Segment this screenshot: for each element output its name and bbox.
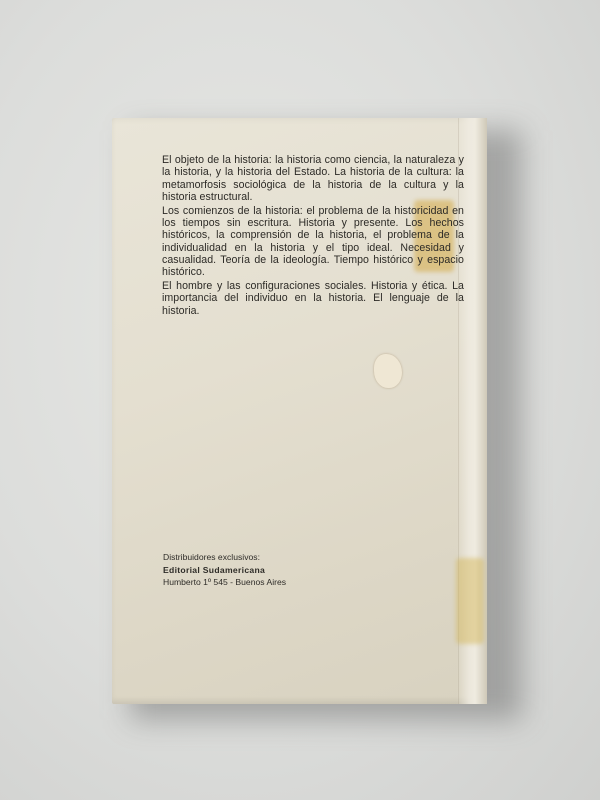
contents-description: El objeto de la historia: la historia co… (162, 154, 464, 318)
description-paragraph: El objeto de la historia: la historia co… (162, 154, 464, 203)
torn-patch (374, 354, 402, 388)
publisher-address: Humberto 1º 545 - Buenos Aires (163, 576, 286, 589)
description-paragraph: Los comienzos de la historia: el problem… (162, 205, 464, 279)
publisher-name: Editorial Sudamericana (163, 564, 286, 577)
description-paragraph: El hombre y las configuraciones sociales… (162, 280, 464, 317)
distributor-block: Distribuidores exclusivos: Editorial Sud… (163, 551, 286, 589)
tape-stain-bottom (456, 558, 484, 644)
distributor-label: Distribuidores exclusivos: (163, 551, 286, 564)
book-back-cover: El objeto de la historia: la historia co… (112, 118, 487, 704)
